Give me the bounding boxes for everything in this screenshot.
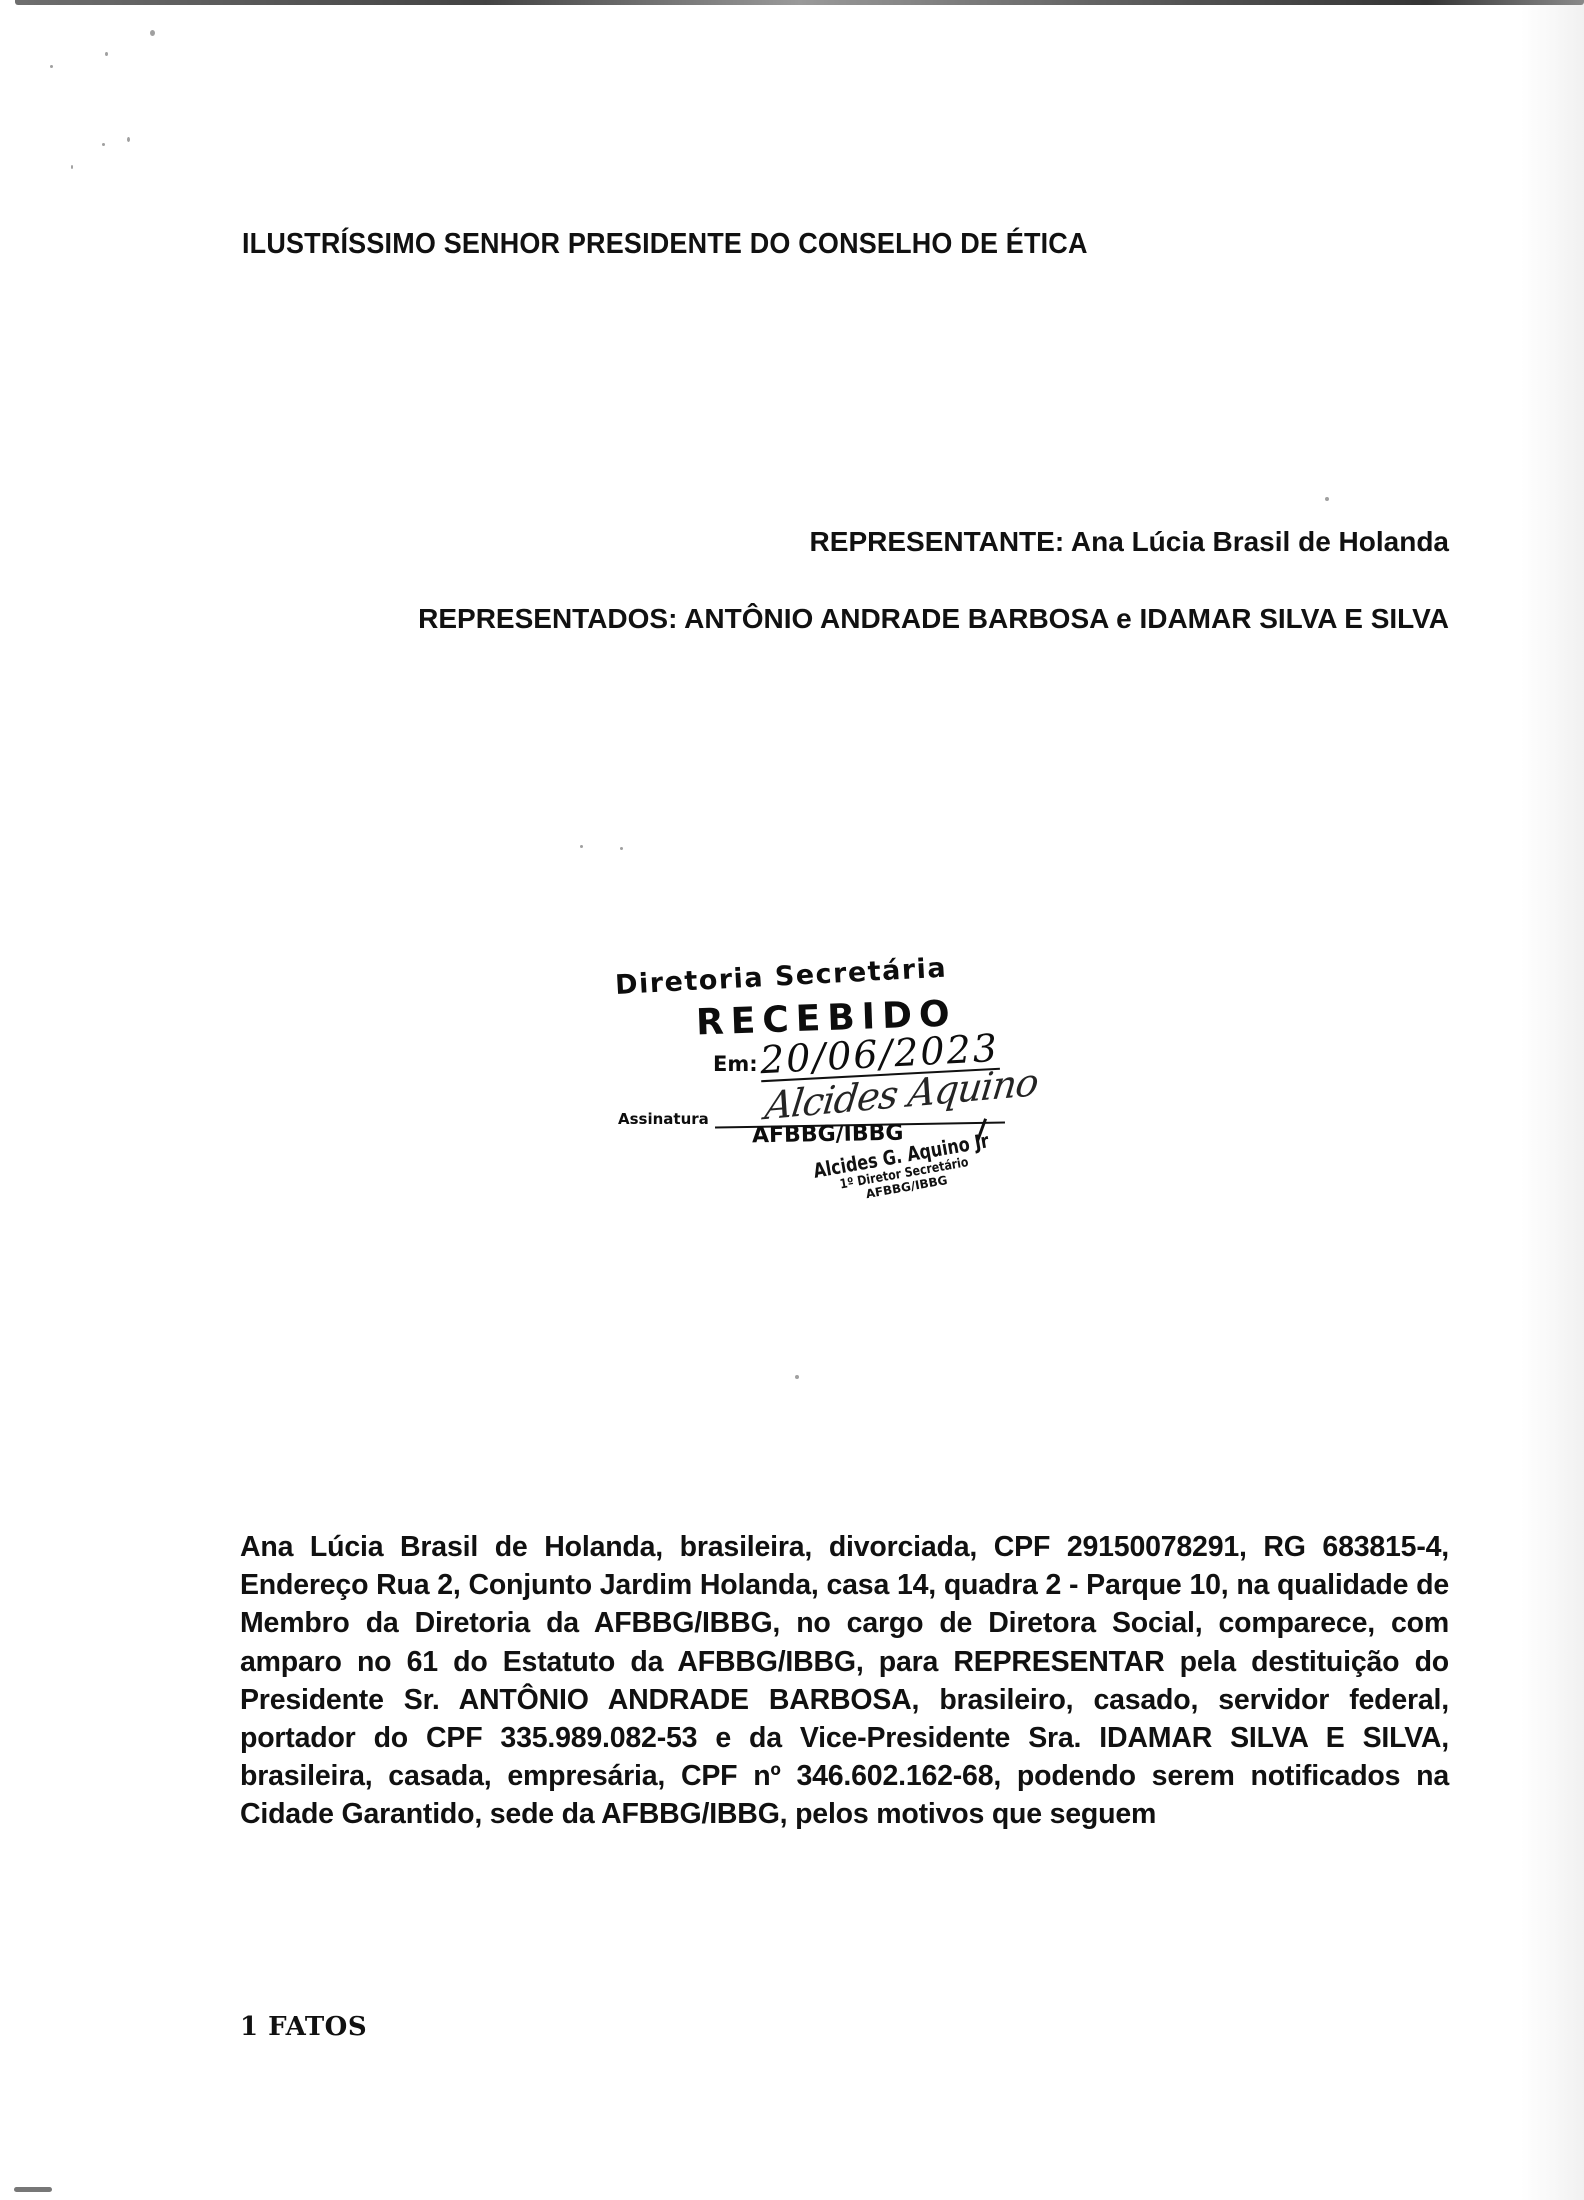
scan-speck	[50, 65, 53, 68]
scan-speck	[102, 143, 105, 146]
scan-speck	[71, 165, 73, 169]
stamp-signature-label: Assinatura	[618, 1110, 709, 1128]
scan-speck	[620, 847, 623, 850]
representante-line: REPRESENTANTE: Ana Lúcia Brasil de Holan…	[300, 526, 1449, 558]
received-stamp: Diretoria Secretária RECEBIDO Em: 20/06/…	[600, 960, 1080, 1260]
scan-speck	[795, 1375, 799, 1379]
stamp-organization: AFBBG/IBBG	[752, 1121, 904, 1149]
scan-speck	[127, 137, 130, 142]
scan-speck	[150, 30, 155, 36]
document-heading: ILUSTRÍSSIMO SENHOR PRESIDENTE DO CONSEL…	[242, 228, 1088, 261]
scan-bottom-mark	[14, 2187, 52, 2192]
scanned-document-page: ILUSTRÍSSIMO SENHOR PRESIDENTE DO CONSEL…	[0, 0, 1584, 2200]
scan-top-edge-shadow	[15, 0, 1584, 5]
scan-speck	[580, 845, 583, 848]
scan-speck	[105, 52, 108, 56]
stamp-department: Diretoria Secretária	[614, 953, 947, 1001]
scan-speck	[1325, 497, 1329, 501]
section-title-fatos: 1 FATOS	[240, 2012, 367, 2042]
stamp-date-label: Em:	[713, 1052, 758, 1076]
body-paragraph: Ana Lúcia Brasil de Holanda, brasileira,…	[240, 1528, 1449, 1834]
representados-line: REPRESENTADOS: ANTÔNIO ANDRADE BARBOSA e…	[300, 600, 1449, 638]
